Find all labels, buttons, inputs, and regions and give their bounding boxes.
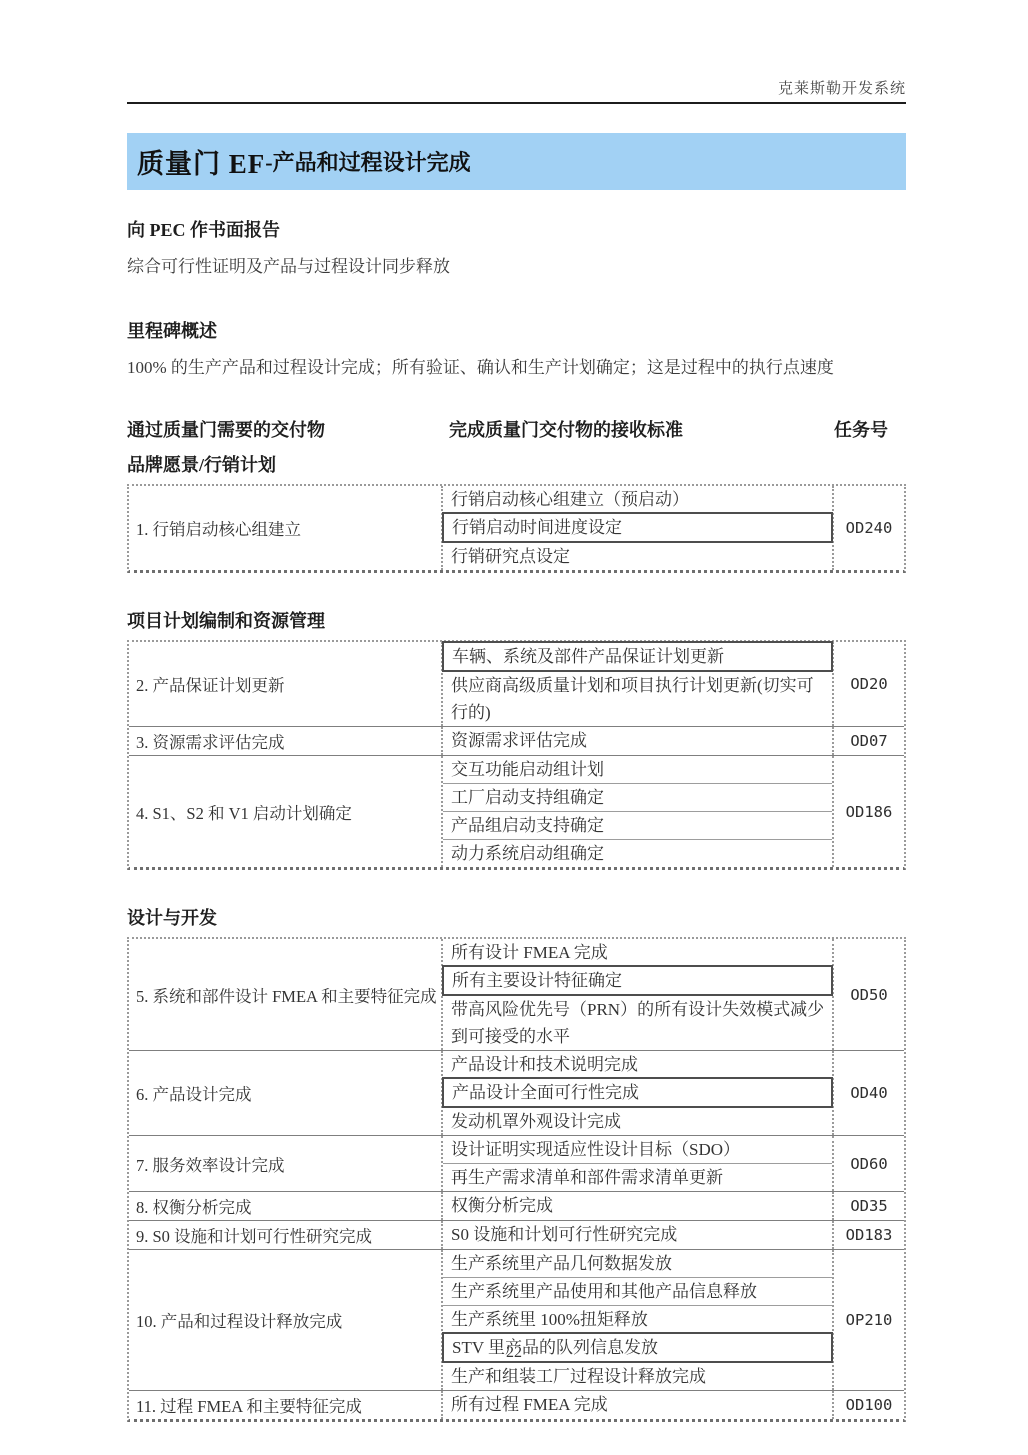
criteria-stack: 权衡分析完成 [443, 1192, 832, 1220]
deliverable-cell: 5. 系统和部件设计 FMEA 和主要特征完成 [129, 939, 443, 1050]
table-row: 10. 产品和过程设计释放完成生产系统里产品几何数据发放生产系统里产品使用和其他… [129, 1249, 904, 1390]
task-number-cell: OD240 [832, 486, 904, 570]
column-header-criteria: 完成质量门交付物的接收标准 [443, 416, 834, 442]
criteria-cell: 供应商高级质量计划和项目执行计划更新(切实可行的) [443, 672, 832, 726]
criteria-cell: 产品设计和技术说明完成 [443, 1051, 832, 1078]
task-number-cell: OD60 [832, 1136, 904, 1191]
deliverable-cell: 4. S1、S2 和 V1 启动计划确定 [129, 756, 443, 867]
section-heading: 品牌愿景/行销计划 [127, 451, 906, 477]
table-row: 6. 产品设计完成产品设计和技术说明完成产品设计全面可行性完成发动机罩外观设计完… [129, 1050, 904, 1135]
deliverables-table: 2. 产品保证计划更新车辆、系统及部件产品保证计划更新供应商高级质量计划和项目执… [127, 640, 906, 870]
column-header-deliverable: 通过质量门需要的交付物 [127, 416, 443, 442]
criteria-cell: 生产系统里 100%扭矩释放 [443, 1305, 832, 1333]
task-number-cell: OD50 [832, 939, 904, 1050]
criteria-cell: 工厂启动支持组确定 [443, 783, 832, 811]
table-row: 3. 资源需求评估完成资源需求评估完成OD07 [129, 726, 904, 755]
criteria-stack: 车辆、系统及部件产品保证计划更新供应商高级质量计划和项目执行计划更新(切实可行的… [443, 642, 832, 726]
deliverable-cell: 3. 资源需求评估完成 [129, 727, 443, 755]
table-row: 11. 过程 FMEA 和主要特征完成所有过程 FMEA 完成OD100 [129, 1390, 904, 1419]
deliverable-cell: 7. 服务效率设计完成 [129, 1136, 443, 1191]
pec-report-block: 向 PEC 作书面报告 综合可行性证明及产品与过程设计同步释放 [127, 216, 906, 277]
header-rule [127, 102, 906, 104]
gate-title-main: 质量门 EF [137, 142, 265, 181]
criteria-cell: S0 设施和计划可行性研究完成 [443, 1221, 832, 1248]
deliverable-cell: 10. 产品和过程设计释放完成 [129, 1250, 443, 1390]
pec-report-body: 综合可行性证明及产品与过程设计同步释放 [127, 252, 906, 277]
criteria-cell: 所有主要设计特征确定 [442, 965, 833, 996]
deliverable-cell: 9. S0 设施和计划可行性研究完成 [129, 1221, 443, 1249]
section-heading: 项目计划编制和资源管理 [127, 607, 906, 633]
table-row: 9. S0 设施和计划可行性研究完成S0 设施和计划可行性研究完成OD183 [129, 1220, 904, 1249]
criteria-stack: 产品设计和技术说明完成产品设计全面可行性完成发动机罩外观设计完成 [443, 1051, 832, 1135]
criteria-cell: 生产和组装工厂过程设计释放完成 [443, 1363, 832, 1390]
quality-gate-banner: 质量门 EF-产品和过程设计完成 [127, 133, 906, 190]
table-row: 8. 权衡分析完成权衡分析完成OD35 [129, 1191, 904, 1220]
criteria-cell: 带高风险优先号（PRN）的所有设计失效模式减少到可接受的水平 [443, 996, 832, 1050]
criteria-cell: 行销启动时间进度设定 [442, 512, 833, 543]
page-header-text: 克莱斯勒开发系统 [127, 0, 906, 98]
criteria-cell: 车辆、系统及部件产品保证计划更新 [442, 641, 833, 672]
section: 项目计划编制和资源管理2. 产品保证计划更新车辆、系统及部件产品保证计划更新供应… [127, 607, 906, 870]
criteria-cell: 发动机罩外观设计完成 [443, 1108, 832, 1135]
deliverable-sections: 品牌愿景/行销计划1. 行销启动核心组建立行销启动核心组建立（预启动）行销启动时… [127, 451, 906, 1422]
gate-title-sub: -产品和过程设计完成 [265, 146, 470, 177]
criteria-cell: STV 里产品的队列信息发放 [442, 1332, 833, 1363]
task-number-cell: OD183 [832, 1221, 904, 1249]
criteria-cell: 权衡分析完成 [443, 1192, 832, 1219]
task-number-cell: OD07 [832, 727, 904, 755]
criteria-stack: 设计证明实现适应性设计目标（SDO）再生产需求清单和部件需求清单更新 [443, 1136, 832, 1191]
criteria-stack: 生产系统里产品几何数据发放生产系统里产品使用和其他产品信息释放生产系统里 100… [443, 1250, 832, 1390]
criteria-cell: 行销研究点设定 [443, 543, 832, 570]
pec-report-heading: 向 PEC 作书面报告 [127, 216, 906, 242]
criteria-cell: 生产系统里产品使用和其他产品信息释放 [443, 1277, 832, 1305]
deliverable-cell: 6. 产品设计完成 [129, 1051, 443, 1135]
criteria-stack: S0 设施和计划可行性研究完成 [443, 1221, 832, 1249]
table-row: 2. 产品保证计划更新车辆、系统及部件产品保证计划更新供应商高级质量计划和项目执… [129, 642, 904, 726]
section-heading: 设计与开发 [127, 904, 906, 930]
deliverable-cell: 1. 行销启动核心组建立 [129, 486, 443, 570]
task-number-cell: OD40 [832, 1051, 904, 1135]
section: 品牌愿景/行销计划1. 行销启动核心组建立行销启动核心组建立（预启动）行销启动时… [127, 451, 906, 573]
milestone-heading: 里程碑概述 [127, 317, 906, 343]
criteria-cell: 设计证明实现适应性设计目标（SDO） [443, 1136, 832, 1163]
milestone-body: 100% 的生产产品和过程设计完成；所有验证、确认和生产计划确定；这是过程中的执… [127, 353, 906, 378]
criteria-cell: 所有过程 FMEA 完成 [443, 1391, 832, 1418]
criteria-stack: 交互功能启动组计划工厂启动支持组确定产品组启动支持确定动力系统启动组确定 [443, 756, 832, 867]
milestone-block: 里程碑概述 100% 的生产产品和过程设计完成；所有验证、确认和生产计划确定；这… [127, 317, 906, 378]
column-header-task: 任务号 [834, 416, 906, 442]
criteria-cell: 生产系统里产品几何数据发放 [443, 1250, 832, 1277]
criteria-cell: 资源需求评估完成 [443, 727, 832, 754]
task-number-cell: OD100 [832, 1391, 904, 1419]
table-row: 5. 系统和部件设计 FMEA 和主要特征完成所有设计 FMEA 完成所有主要设… [129, 939, 904, 1050]
table-row: 4. S1、S2 和 V1 启动计划确定交互功能启动组计划工厂启动支持组确定产品… [129, 755, 904, 867]
criteria-cell: 交互功能启动组计划 [443, 756, 832, 783]
criteria-stack: 行销启动核心组建立（预启动）行销启动时间进度设定行销研究点设定 [443, 486, 832, 570]
criteria-stack: 所有设计 FMEA 完成所有主要设计特征确定带高风险优先号（PRN）的所有设计失… [443, 939, 832, 1050]
criteria-cell: 所有设计 FMEA 完成 [443, 939, 832, 966]
table-row: 7. 服务效率设计完成设计证明实现适应性设计目标（SDO）再生产需求清单和部件需… [129, 1135, 904, 1191]
task-number-cell: OP210 [832, 1250, 904, 1390]
criteria-stack: 资源需求评估完成 [443, 727, 832, 755]
criteria-cell: 再生产需求清单和部件需求清单更新 [443, 1163, 832, 1191]
deliverable-cell: 8. 权衡分析完成 [129, 1192, 443, 1220]
criteria-cell: 动力系统启动组确定 [443, 839, 832, 867]
deliverables-table: 1. 行销启动核心组建立行销启动核心组建立（预启动）行销启动时间进度设定行销研究… [127, 484, 906, 573]
table-column-headers: 通过质量门需要的交付物 完成质量门交付物的接收标准 任务号 [127, 416, 906, 442]
criteria-cell: 产品设计全面可行性完成 [442, 1077, 833, 1108]
task-number-cell: OD186 [832, 756, 904, 867]
deliverable-cell: 2. 产品保证计划更新 [129, 642, 443, 726]
criteria-cell: 行销启动核心组建立（预启动） [443, 486, 832, 513]
task-number-cell: OD35 [832, 1192, 904, 1220]
page-content: 克莱斯勒开发系统 质量门 EF-产品和过程设计完成 向 PEC 作书面报告 综合… [127, 0, 906, 1422]
criteria-stack: 所有过程 FMEA 完成 [443, 1391, 832, 1419]
task-number-cell: OD20 [832, 642, 904, 726]
criteria-cell: 产品组启动支持确定 [443, 811, 832, 839]
table-row: 1. 行销启动核心组建立行销启动核心组建立（预启动）行销启动时间进度设定行销研究… [129, 486, 904, 570]
deliverable-cell: 11. 过程 FMEA 和主要特征完成 [129, 1391, 443, 1419]
